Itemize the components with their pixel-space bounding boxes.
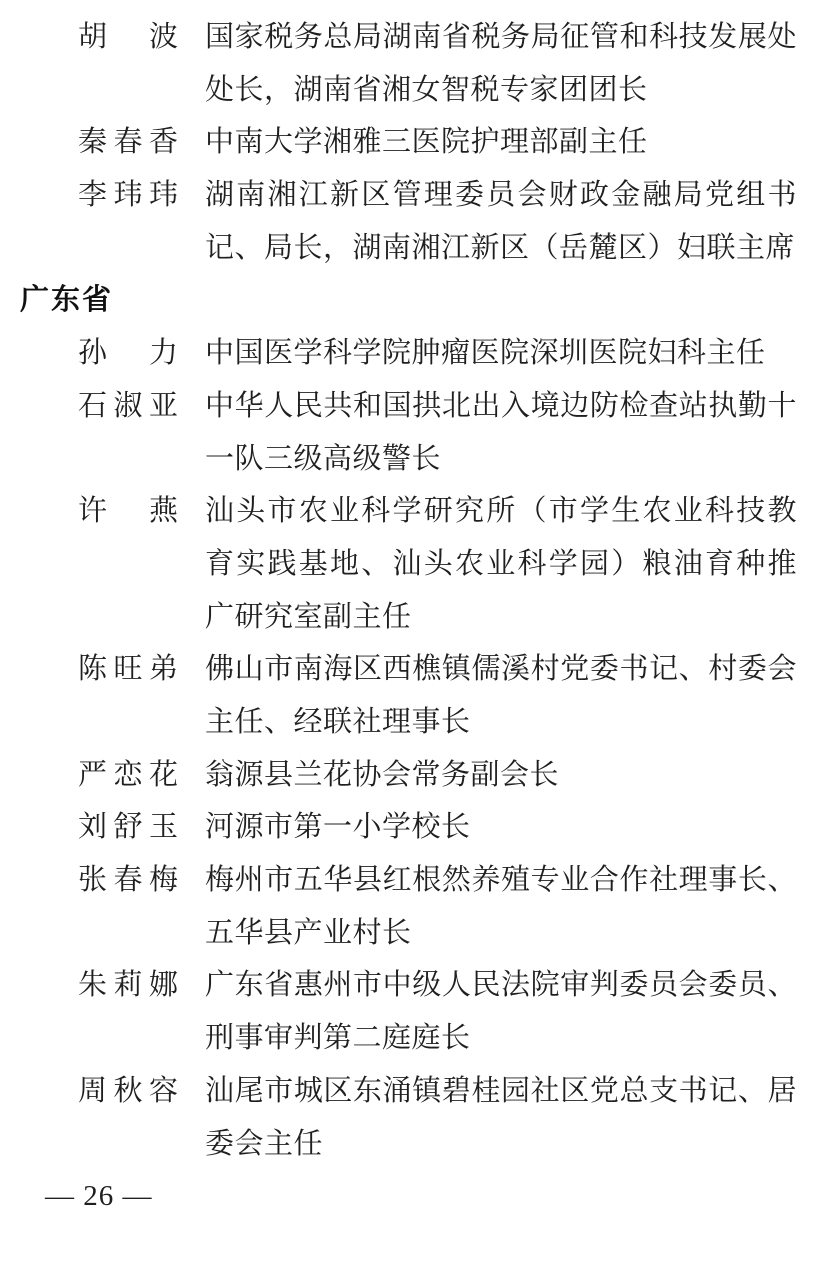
description-line: 委会主任 <box>205 1118 797 1171</box>
description-line: 河源市第一小学校长 <box>205 801 797 854</box>
entry-name: 许燕 <box>78 485 178 538</box>
document-page: 胡波国家税务总局湖南省税务局征管和科技发展处处长，湖南省湘女智税专家团团长秦春香… <box>0 0 828 1280</box>
description-line: 中南大学湘雅三医院护理部副主任 <box>205 116 797 169</box>
description-line: 翁源县兰花协会常务副会长 <box>205 749 797 802</box>
entry-name: 陈旺弟 <box>78 643 178 696</box>
roster-entry: 刘舒玉河源市第一小学校长 <box>0 801 828 854</box>
roster-entry: 朱莉娜广东省惠州市中级人民法院审判委员会委员、刑事审判第二庭庭长 <box>0 959 828 1064</box>
entry-name: 秦春香 <box>78 116 178 169</box>
description-line: 佛山市南海区西樵镇儒溪村党委书记、村委会 <box>205 643 797 696</box>
entry-description: 中国医学科学院肿瘤医院深圳医院妇科主任 <box>205 327 797 380</box>
entry-description: 翁源县兰花协会常务副会长 <box>205 749 797 802</box>
roster-entry: 许燕汕头市农业科学研究所（市学生农业科技教育实践基地、汕头农业科学园）粮油育种推… <box>0 485 828 643</box>
entry-description: 湖南湘江新区管理委员会财政金融局党组书记、局长，湖南湘江新区（岳麓区）妇联主席 <box>205 169 797 274</box>
page-footer: — 26 — <box>45 1170 828 1223</box>
entry-description: 国家税务总局湖南省税务局征管和科技发展处处长，湖南省湘女智税专家团团长 <box>205 11 797 116</box>
roster-entry: 陈旺弟佛山市南海区西樵镇儒溪村党委书记、村委会主任、经联社理事长 <box>0 643 828 748</box>
section-heading: 广东省 <box>20 274 828 327</box>
entry-name: 周秋容 <box>78 1065 178 1118</box>
roster-entry: 严恋花翁源县兰花协会常务副会长 <box>0 749 828 802</box>
roster-entry: 李玮玮湖南湘江新区管理委员会财政金融局党组书记、局长，湖南湘江新区（岳麓区）妇联… <box>0 169 828 274</box>
roster-list: 胡波国家税务总局湖南省税务局征管和科技发展处处长，湖南省湘女智税专家团团长秦春香… <box>0 11 828 1170</box>
entry-name: 孙力 <box>78 327 178 380</box>
entry-name: 石淑亚 <box>78 380 178 433</box>
description-line: 国家税务总局湖南省税务局征管和科技发展处 <box>205 11 797 64</box>
roster-entry: 石淑亚中华人民共和国拱北出入境边防检查站执勤十一队三级高级警长 <box>0 380 828 485</box>
description-line: 处长，湖南省湘女智税专家团团长 <box>205 64 797 117</box>
entry-description: 汕尾市城区东涌镇碧桂园社区党总支书记、居委会主任 <box>205 1065 797 1170</box>
entry-description: 河源市第一小学校长 <box>205 801 797 854</box>
description-line: 记、局长，湖南湘江新区（岳麓区）妇联主席 <box>205 222 797 275</box>
description-line: 一队三级高级警长 <box>205 433 797 486</box>
roster-entry: 秦春香中南大学湘雅三医院护理部副主任 <box>0 116 828 169</box>
description-line: 湖南湘江新区管理委员会财政金融局党组书 <box>205 169 797 222</box>
entry-description: 中华人民共和国拱北出入境边防检查站执勤十一队三级高级警长 <box>205 380 797 485</box>
entry-description: 梅州市五华县红根然养殖专业合作社理事长、五华县产业村长 <box>205 854 797 959</box>
entry-name: 李玮玮 <box>78 169 178 222</box>
entry-description: 广东省惠州市中级人民法院审判委员会委员、刑事审判第二庭庭长 <box>205 959 797 1064</box>
description-line: 五华县产业村长 <box>205 907 797 960</box>
description-line: 梅州市五华县红根然养殖专业合作社理事长、 <box>205 854 797 907</box>
description-line: 广研究室副主任 <box>205 591 797 644</box>
description-line: 刑事审判第二庭庭长 <box>205 1012 797 1065</box>
description-line: 汕头市农业科学研究所（市学生农业科技教 <box>205 485 797 538</box>
description-line: 中华人民共和国拱北出入境边防检查站执勤十 <box>205 380 797 433</box>
roster-entry: 胡波国家税务总局湖南省税务局征管和科技发展处处长，湖南省湘女智税专家团团长 <box>0 11 828 116</box>
description-line: 中国医学科学院肿瘤医院深圳医院妇科主任 <box>205 327 797 380</box>
description-line: 育实践基地、汕头农业科学园）粮油育种推 <box>205 538 797 591</box>
entry-name: 刘舒玉 <box>78 801 178 854</box>
entry-name: 张春梅 <box>78 854 178 907</box>
entry-name: 胡波 <box>78 11 178 64</box>
roster-entry: 张春梅梅州市五华县红根然养殖专业合作社理事长、五华县产业村长 <box>0 854 828 959</box>
description-line: 主任、经联社理事长 <box>205 696 797 749</box>
entry-name: 严恋花 <box>78 749 178 802</box>
roster-entry: 孙力中国医学科学院肿瘤医院深圳医院妇科主任 <box>0 327 828 380</box>
description-line: 汕尾市城区东涌镇碧桂园社区党总支书记、居 <box>205 1065 797 1118</box>
entry-description: 中南大学湘雅三医院护理部副主任 <box>205 116 797 169</box>
description-line: 广东省惠州市中级人民法院审判委员会委员、 <box>205 959 797 1012</box>
page-number: — 26 — <box>45 1180 153 1212</box>
entry-name: 朱莉娜 <box>78 959 178 1012</box>
entry-description: 佛山市南海区西樵镇儒溪村党委书记、村委会主任、经联社理事长 <box>205 643 797 748</box>
entry-description: 汕头市农业科学研究所（市学生农业科技教育实践基地、汕头农业科学园）粮油育种推广研… <box>205 485 797 643</box>
roster-entry: 周秋容汕尾市城区东涌镇碧桂园社区党总支书记、居委会主任 <box>0 1065 828 1170</box>
page-body: 胡波国家税务总局湖南省税务局征管和科技发展处处长，湖南省湘女智税专家团团长秦春香… <box>0 0 828 1223</box>
